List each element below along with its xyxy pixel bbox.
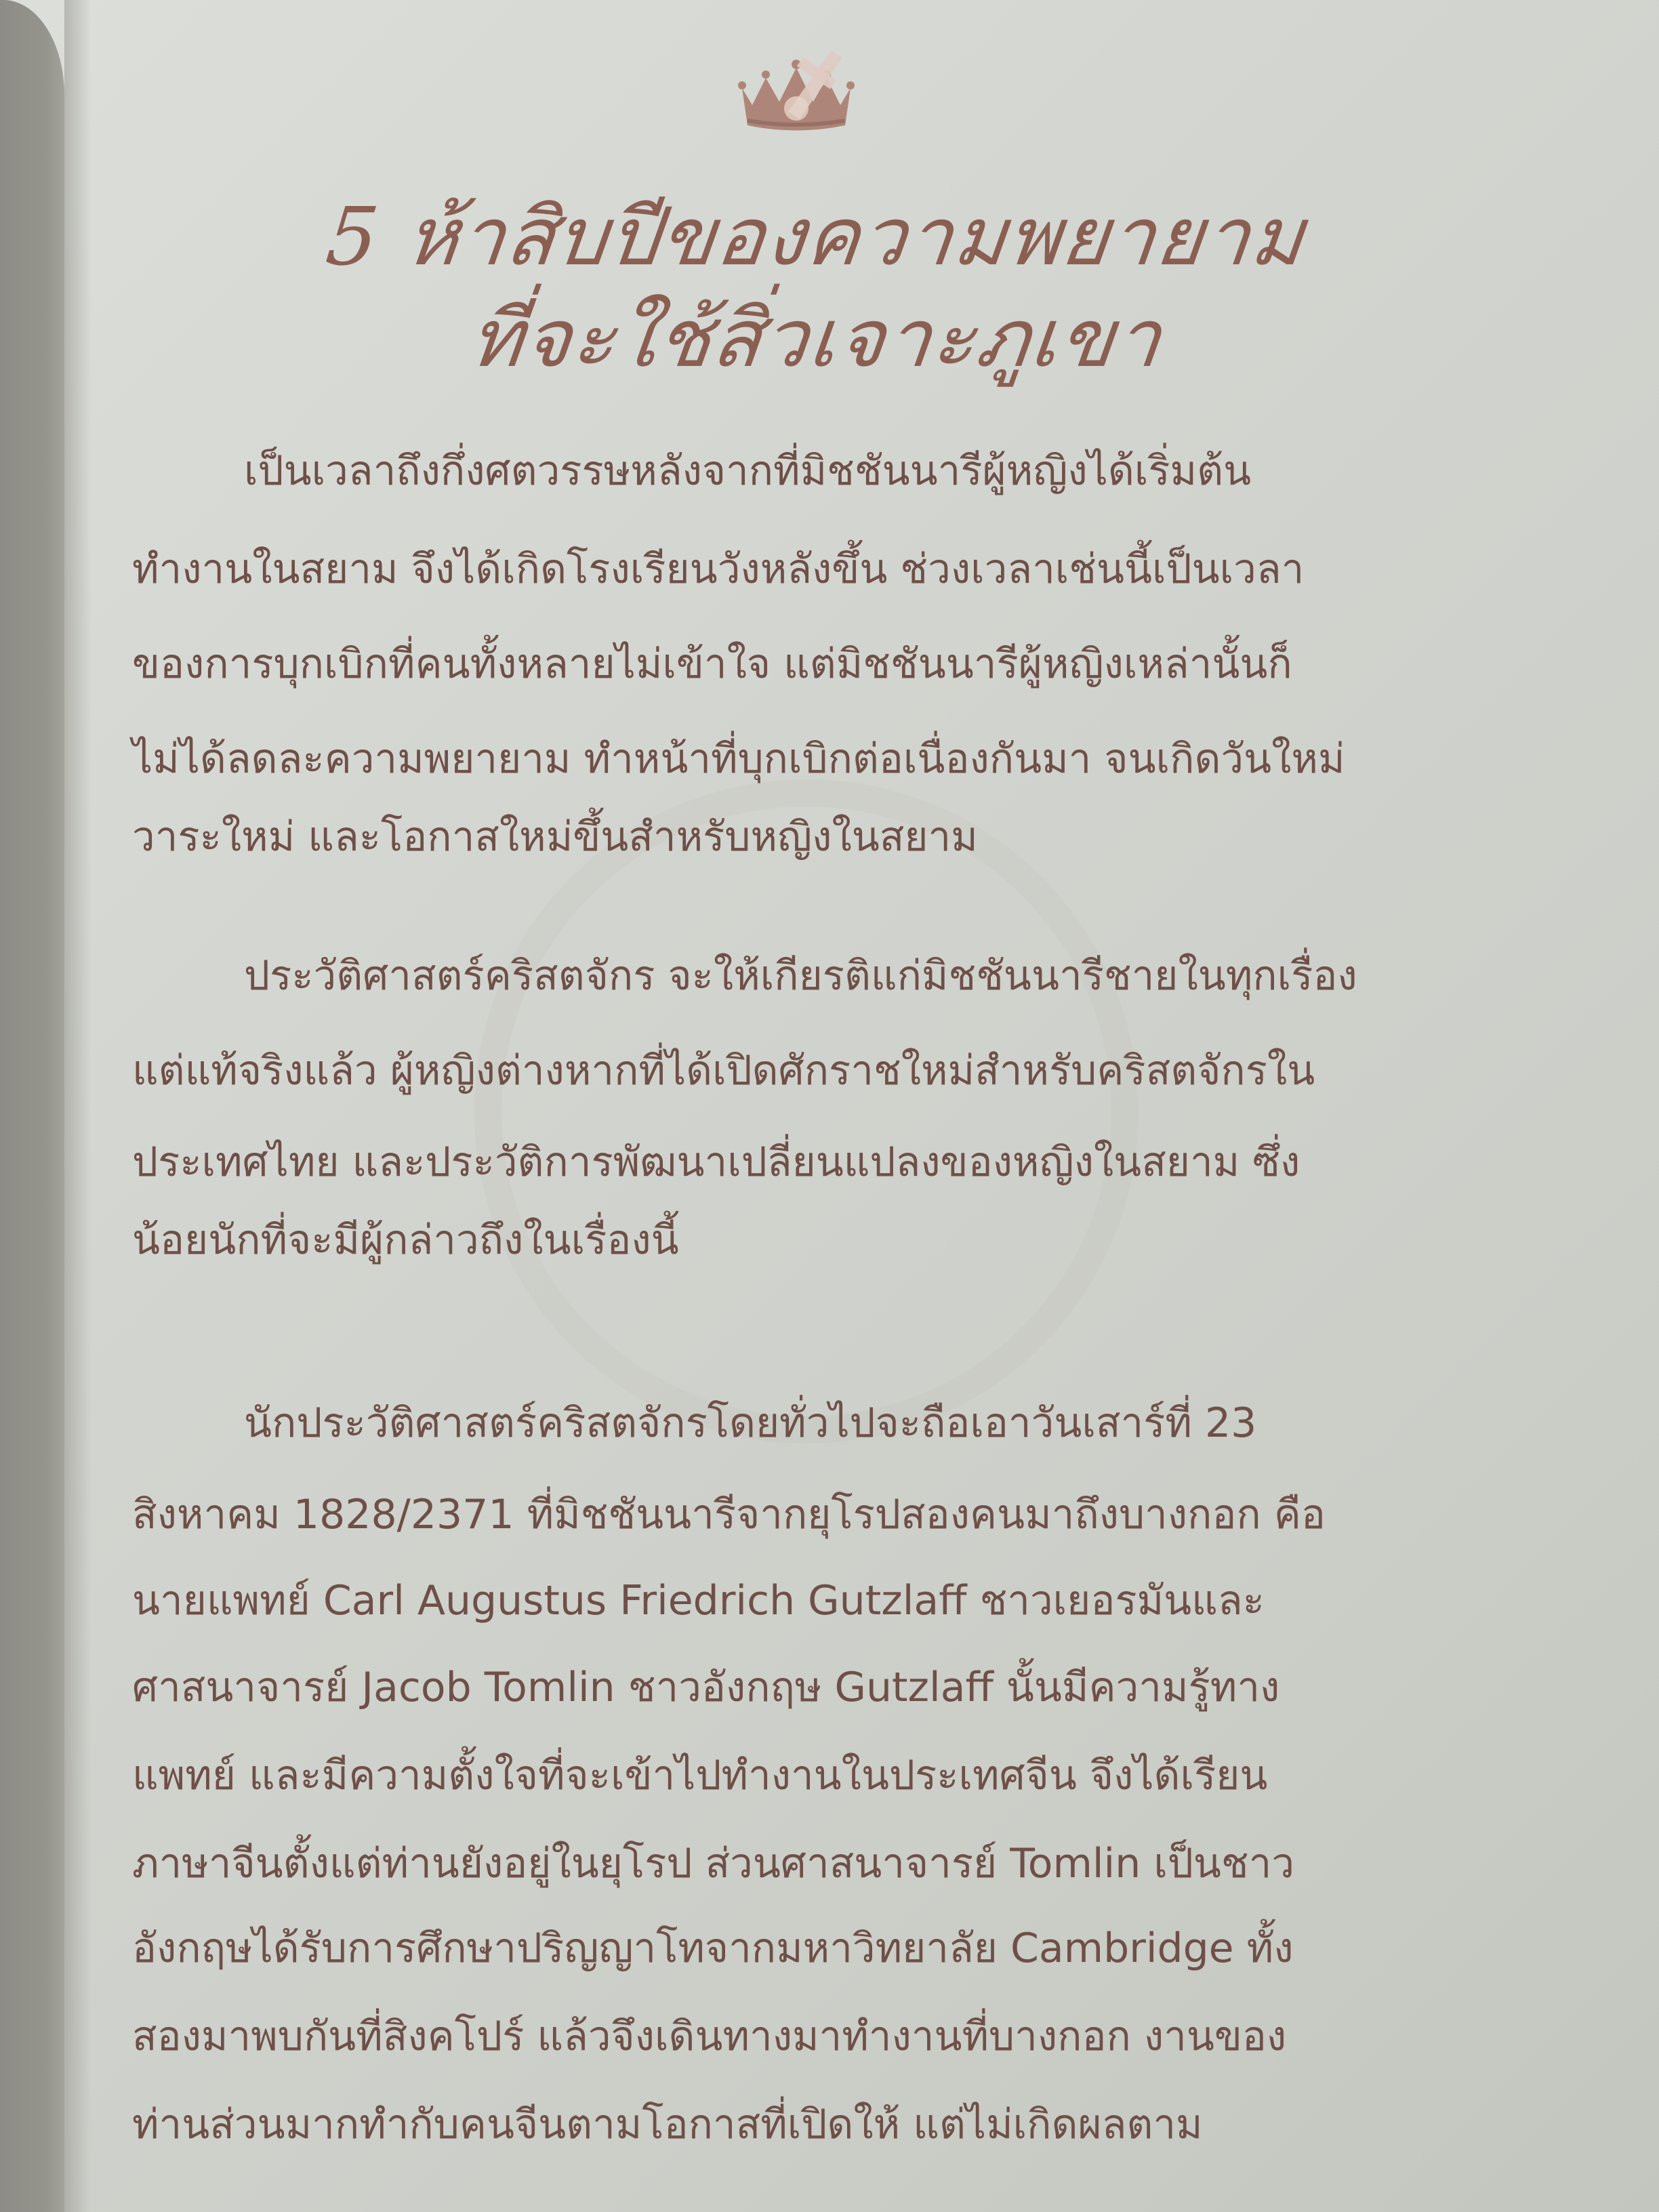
paragraph-line: ไม่ได้ลดละความพยายาม ทำหน้าที่บุกเบิกต่อ… [132,739,1345,779]
paragraph-line: ภาษาจีนตั้งแต่ท่านยังอยู่ในยุโรป ส่วนศาส… [132,1843,1294,1884]
chapter-title-line-1: 5 ห้าสิบปีของความพยายาม [0,197,1650,276]
paragraph-line: ประวัติศาสตร์คริสตจักร จะให้เกียรติแก่มิ… [244,956,1357,996]
paragraph-line: สิงหาคม 1828/2371 ที่มิชชันนารีจากยุโรปส… [132,1494,1326,1535]
chapter-title-line-2: ที่จะใช้สิ่วเจาะภูเขา [0,298,1650,378]
paragraph-line: ศาสนาจารย์ Jacob Tomlin ชาวอังกฤษ Gutzla… [132,1667,1279,1708]
paragraph-line: ท่านส่วนมากทำกับคนจีนตามโอกาสที่เปิดให้ … [132,2104,1203,2145]
paragraph-line: อังกฤษได้รับการศึกษาปริญญาโทจากมหาวิทยาล… [132,1928,1294,1969]
paragraph-line: นายแพทย์ Carl Augustus Friedrich Gutzlaf… [132,1580,1265,1621]
paragraph-line: เป็นเวลาถึงกึ่งศตวรรษหลังจากที่มิชชันนาร… [244,451,1251,491]
paragraph-line: ประเทศไทย และประวัติการพัฒนาเปลี่ยนแปลงข… [132,1142,1300,1183]
paragraph-line: น้อยนักที่จะมีผู้กล่าวถึงในเรื่องนี้ [132,1220,679,1261]
paragraph-line: วาระใหม่ และโอกาสใหม่ขึ้นสำหรับหญิงในสยา… [132,817,978,857]
paragraph-line: นักประวัติศาสตร์คริสตจักรโดยทั่วไปจะถือเ… [244,1403,1256,1443]
faded-watermark-seal [474,779,1139,1443]
crown-icon [729,41,864,142]
paragraph-line: ทำงานในสยาม จึงได้เกิดโรงเรียนวังหลังขึ้… [132,549,1304,590]
paragraph-line: แพทย์ และมีความตั้งใจที่จะเข้าไปทำงานในป… [132,1755,1267,1796]
paragraph-line: แต่แท้จริงแล้ว ผู้หญิงต่างหากที่ได้เปิดศ… [132,1050,1315,1091]
paragraph-line: ของการบุกเบิกที่คนทั้งหลายไม่เข้าใจ แต่ม… [132,644,1292,684]
paragraph-line: สองมาพบกันที่สิงคโปร์ แล้วจึงเดินทางมาทำ… [132,2016,1286,2057]
